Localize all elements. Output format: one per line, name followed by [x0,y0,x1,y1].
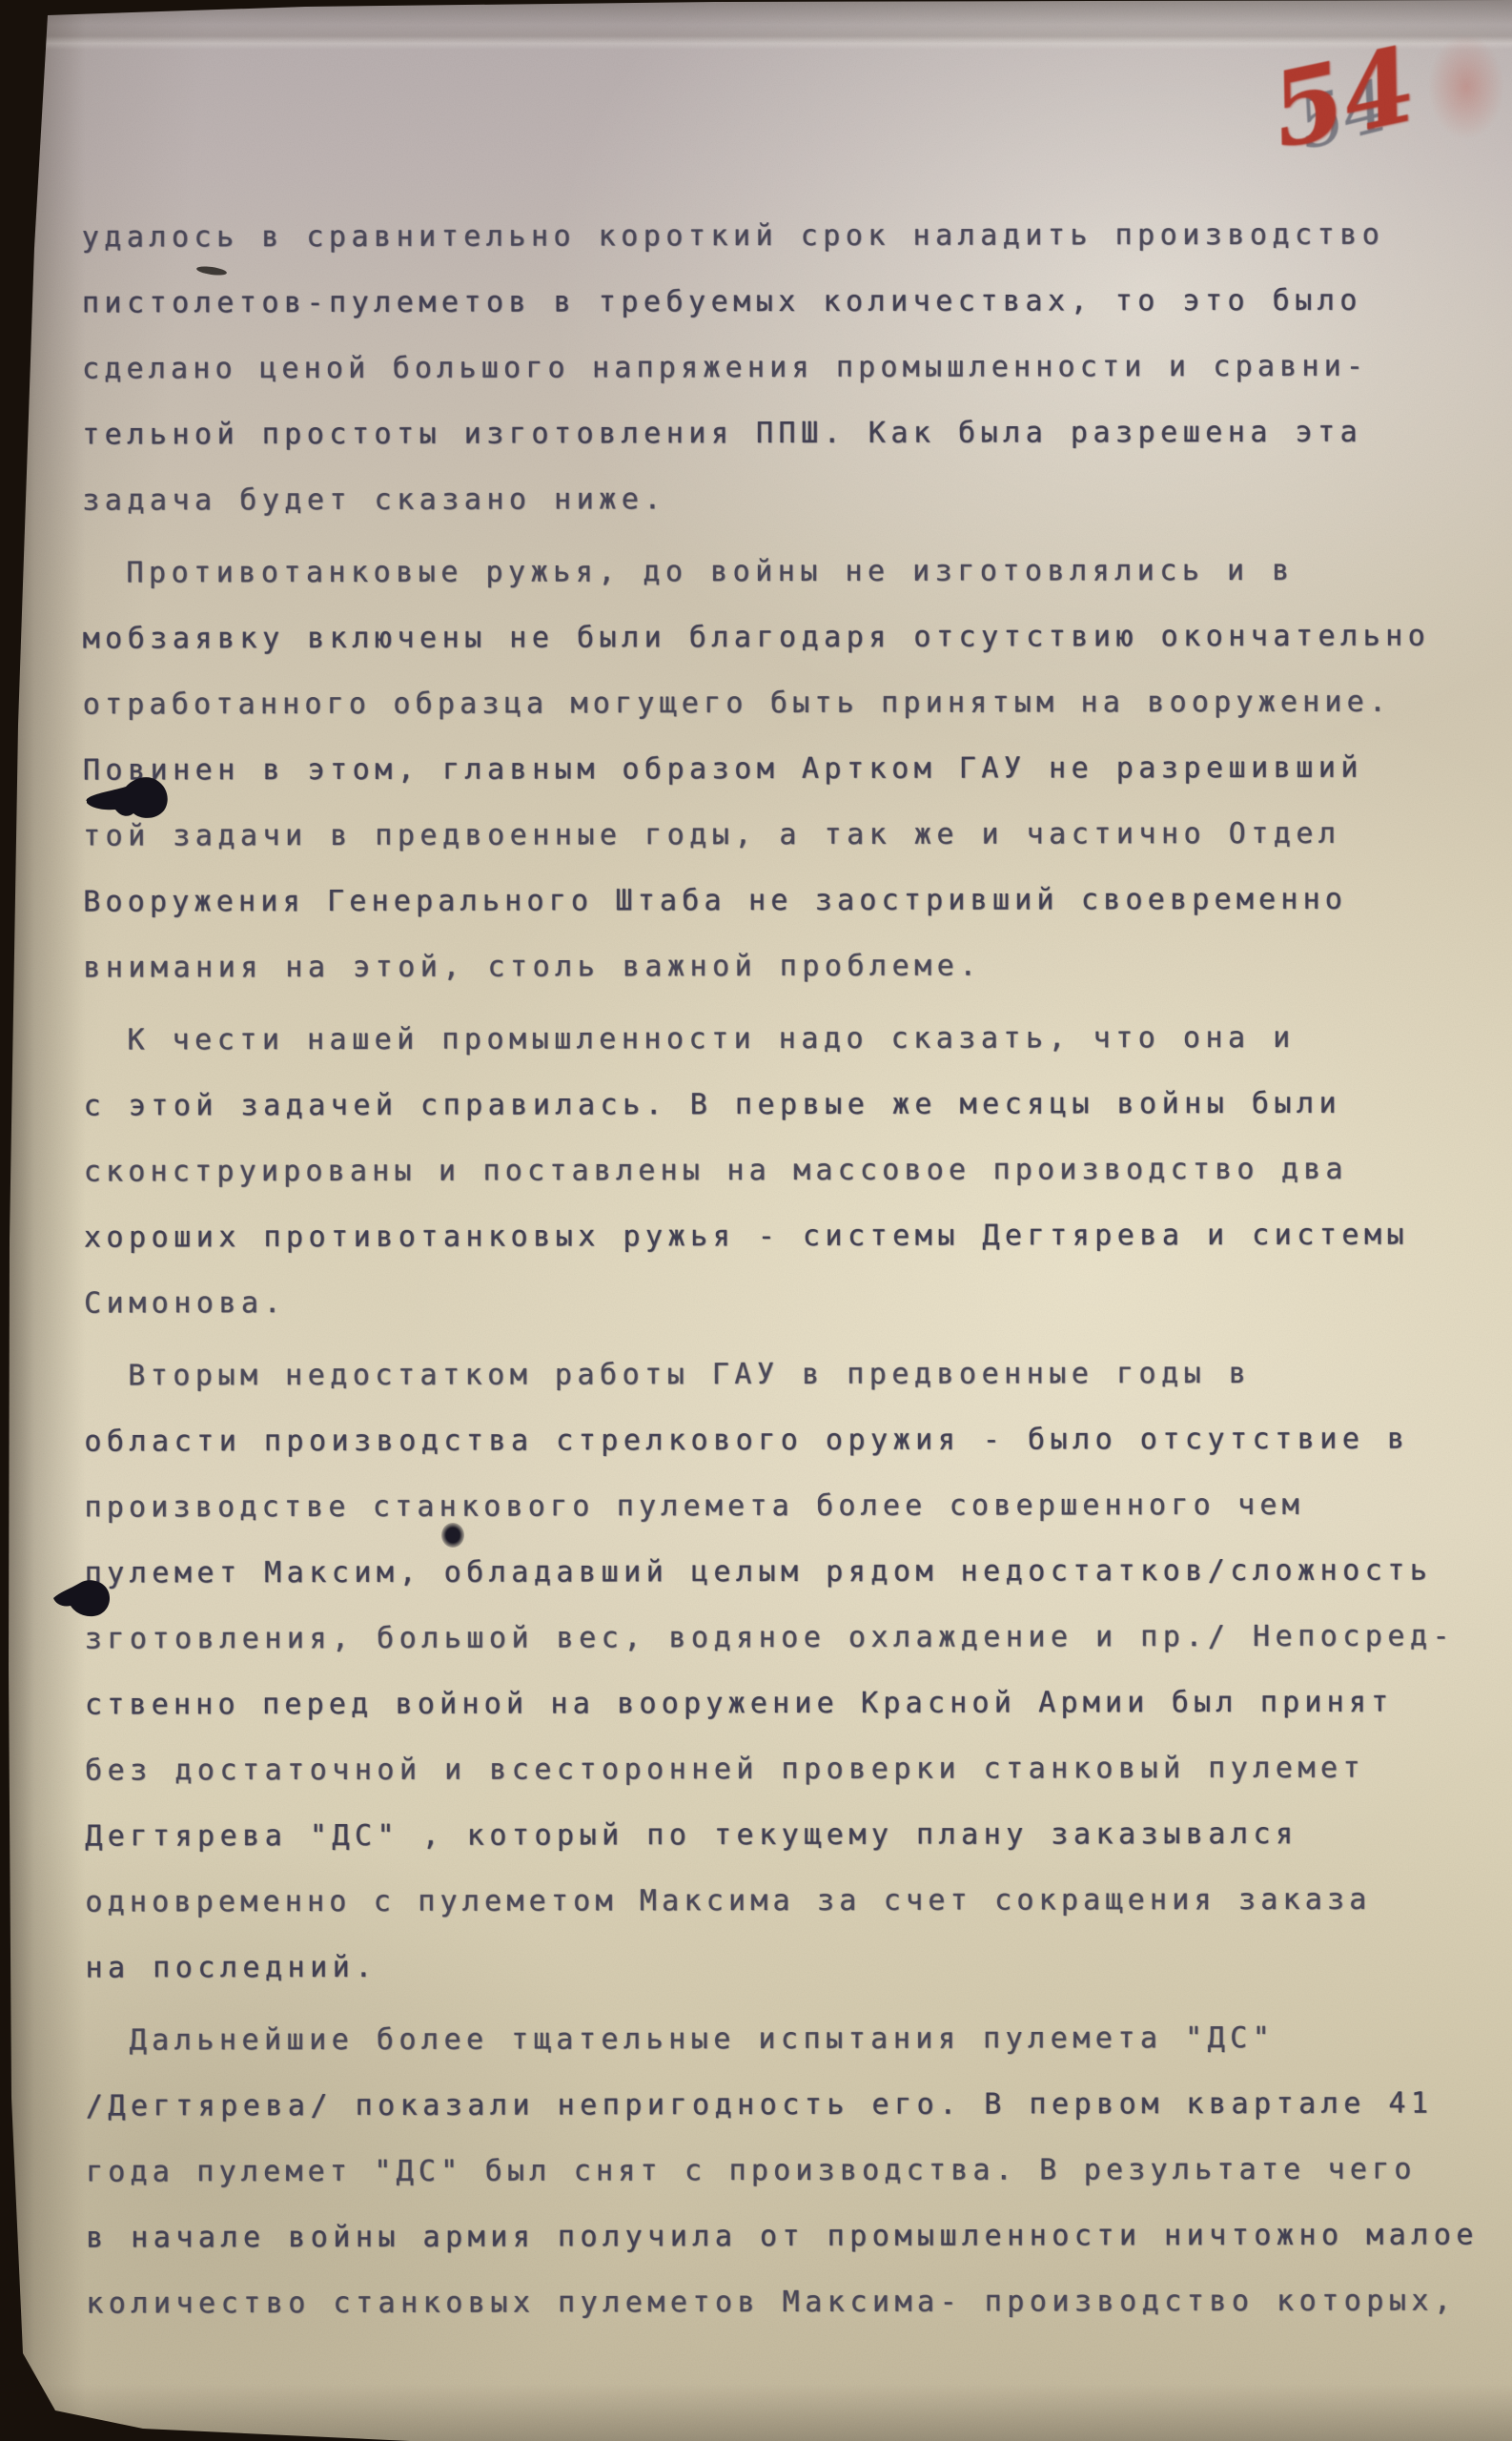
paper-sheet: 54 54 удалось в сравнительно короткий ср… [0,0,1512,2441]
scan-background: { "page": { "page_number": "54" }, "docu… [0,0,1512,2441]
paper-grain-texture [0,0,1512,2441]
